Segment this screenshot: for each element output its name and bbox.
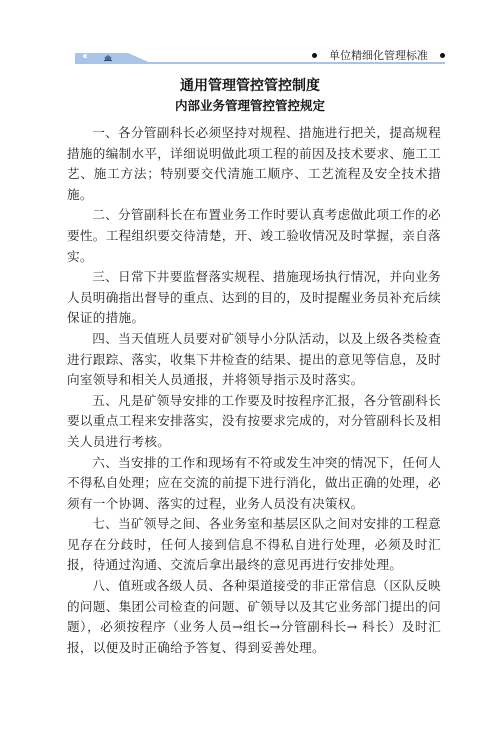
paragraph-8: 八、值班或各级人员、各种渠道接受的非正常信息（区队反映的问题、集团公司检查的问题…: [67, 576, 441, 658]
page-header: ‹‹‹ 单位精细化管理标准: [75, 50, 445, 66]
document-title: 通用管理管控管控制度: [0, 77, 500, 95]
header-band: [75, 53, 153, 64]
paragraph-2: 二、分管副科长在布置业务工作时要认真考虑做此项工作的必要性。工程组织要交待清楚，…: [67, 205, 441, 267]
header-title-group: 单位精细化管理标准: [312, 49, 445, 62]
paragraph-3: 三、日常下井要监督落实规程、措施现场执行情况，并向业务人员明确指出督导的重点、达…: [67, 267, 441, 329]
document-subtitle: 内部业务管理管控管控规定: [0, 98, 500, 114]
paragraph-4: 四、当天值班人员要对矿领导小分队活动，以及上级各类检查进行跟踪、落实，收集下井检…: [67, 329, 441, 391]
building-logo-icon: [103, 55, 113, 61]
header-title: 单位精细化管理标准: [329, 49, 428, 62]
paragraph-1: 一、各分管副科长必须坚持对规程、措施进行把关，提高规程措施的编制水平，详细说明做…: [67, 123, 441, 205]
paragraph-5: 五、凡是矿领导安排的工作要及时按程序汇报，各分管副科长要以重点工程来安排落实，没…: [67, 391, 441, 453]
chevron-left-icon: ‹‹‹: [82, 51, 85, 63]
header-rule: [145, 62, 445, 64]
paragraph-7: 七、当矿领导之间、各业务室和基层区队之间对安排的工程意见存在分歧时，任何人接到信…: [67, 514, 441, 576]
bullet-icon: [312, 53, 317, 58]
bullet-icon: [440, 53, 445, 58]
paragraph-6: 六、当安排的工作和现场有不符或发生冲突的情况下，任何人不得私自处理；应在交流的前…: [67, 453, 441, 515]
document-body: 一、各分管副科长必须坚持对规程、措施进行把关，提高规程措施的编制水平，详细说明做…: [67, 123, 441, 658]
